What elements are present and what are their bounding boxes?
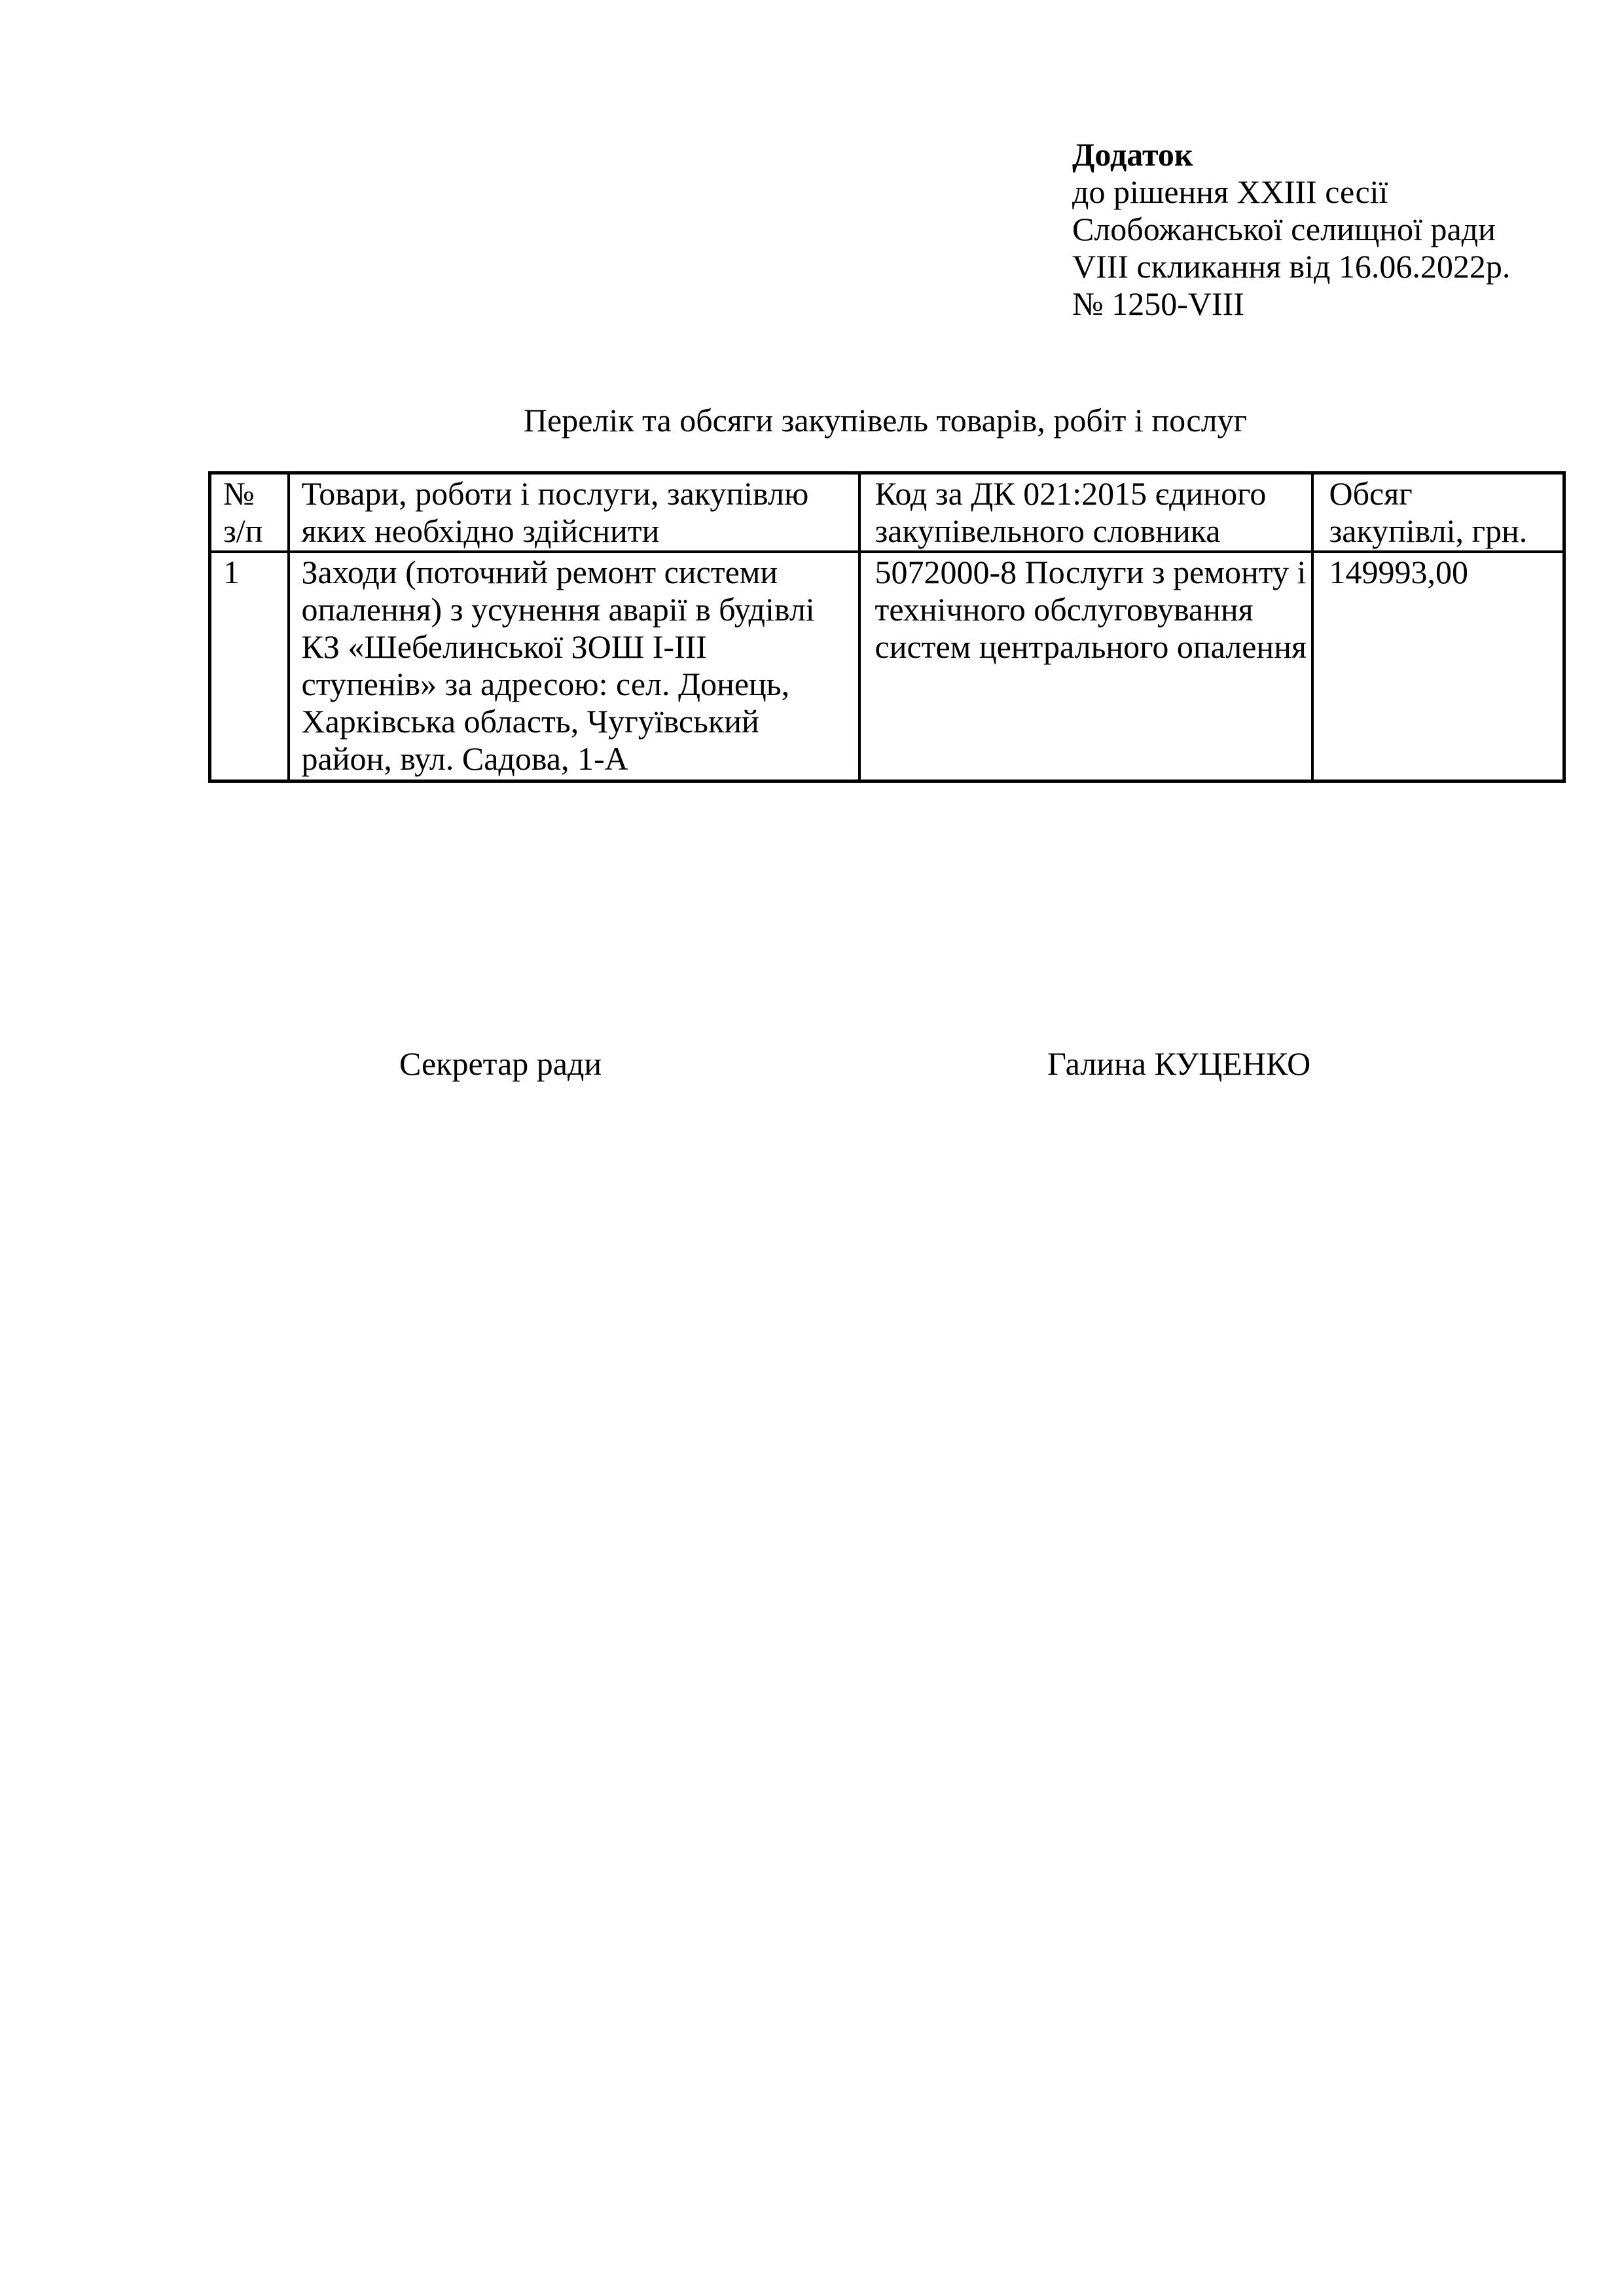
signature-role: Секретар ради	[399, 1045, 602, 1083]
page-title: Перелік та обсяги закупівель товарів, ро…	[208, 402, 1562, 439]
header-cell-num: № з/п	[210, 473, 289, 552]
row-cell-code: 5072000-8 Послуги з ремонту і технічного…	[859, 552, 1312, 781]
header-cell-volume: Обсяг закупівлі, грн.	[1312, 473, 1564, 552]
decision-number-line: № 1250-VIII	[1072, 285, 1596, 323]
row-cell-num: 1	[210, 552, 289, 781]
council-name-line: Слобожанської селищної ради	[1072, 211, 1596, 248]
decision-reference-line: до рішення XXIII сесії	[1072, 173, 1596, 211]
row-cell-volume: 149993,00	[1312, 552, 1564, 781]
appendix-label: Додаток	[1072, 136, 1596, 173]
convocation-date-line: VIII скликання від 16.06.2022р.	[1072, 248, 1596, 285]
signature-name: Галина КУЦЕНКО	[1047, 1045, 1310, 1083]
header-cell-code: Код за ДК 021:2015 єдиного закупівельног…	[859, 473, 1312, 552]
procurement-table: № з/п Товари, роботи і послуги, закупівл…	[208, 471, 1566, 783]
header-cell-goods: Товари, роботи і послуги, закупівлю яких…	[289, 473, 859, 552]
row-cell-goods: Заходи (поточний ремонт системи опалення…	[289, 552, 859, 781]
appendix-reference-block: Додаток до рішення XXIII сесії Слобожанс…	[1072, 136, 1596, 323]
document-page: Додаток до рішення XXIII сесії Слобожанс…	[0, 0, 1624, 2296]
table-row: 1 Заходи (поточний ремонт системи опален…	[210, 552, 1564, 781]
table-header-row: № з/п Товари, роботи і послуги, закупівл…	[210, 473, 1564, 552]
